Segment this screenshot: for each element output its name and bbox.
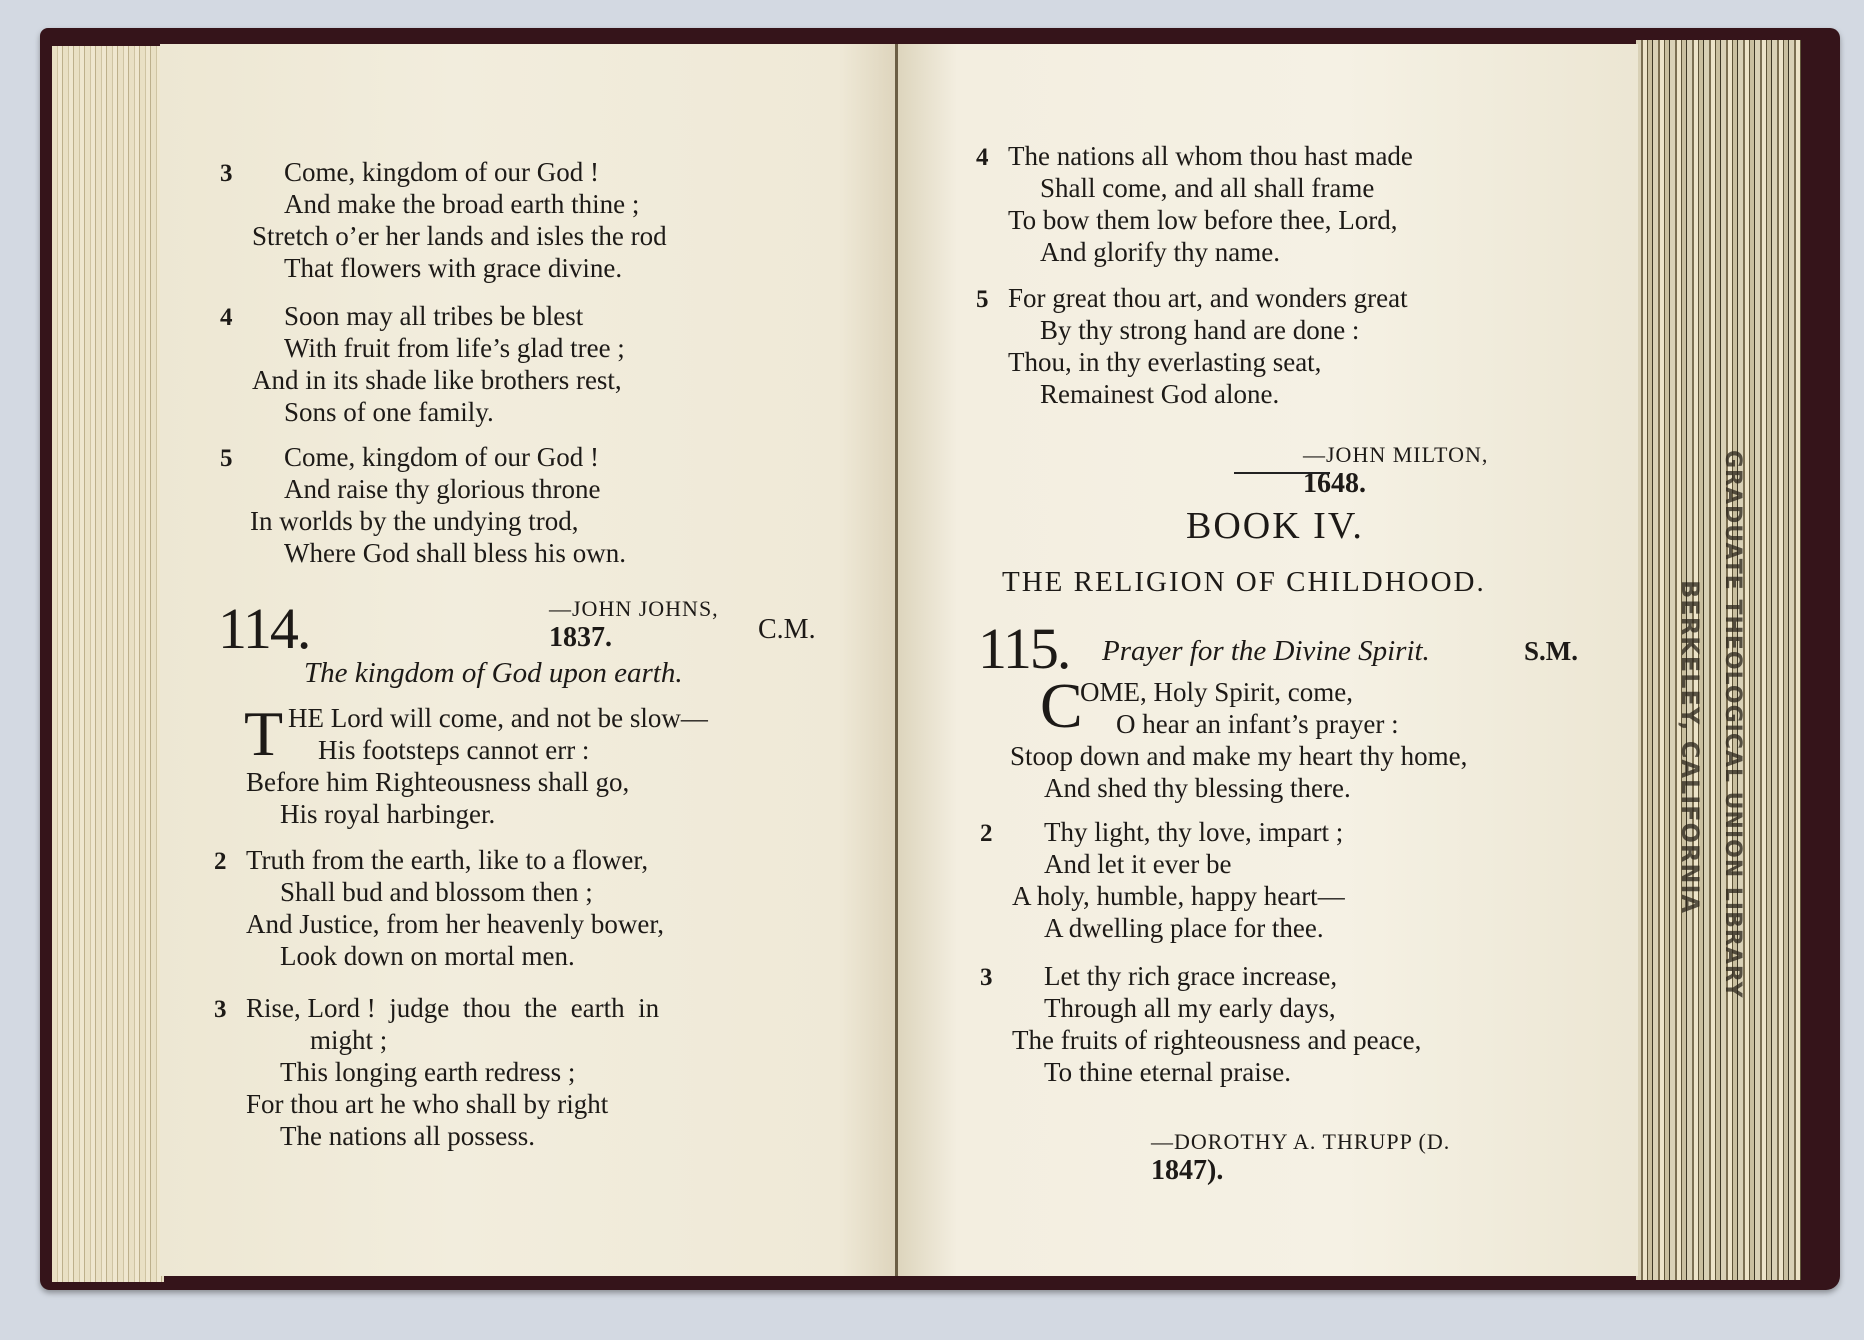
verse-number: 4 bbox=[976, 142, 989, 174]
verse-number: 3 bbox=[220, 158, 233, 190]
verse-line: The fruits of righteousness and peace, bbox=[1012, 1024, 1421, 1056]
right-page-edges bbox=[1636, 40, 1801, 1280]
verse-line: Come, kingdom of our God ! bbox=[284, 441, 599, 473]
verse-line: And glorify thy name. bbox=[1040, 236, 1280, 268]
verse-line: Stoop down and make my heart thy home, bbox=[1010, 740, 1467, 772]
verse-line: Shall come, and all shall frame bbox=[1040, 172, 1374, 204]
verse-line: With fruit from life’s glad tree ; bbox=[284, 332, 625, 364]
library-stamp-line1: GRADUATE THEOLOGICAL UNION LIBRARY bbox=[1720, 450, 1745, 999]
verse-line: To thine eternal praise. bbox=[1044, 1056, 1291, 1088]
author-name: —JOHN JOHNS, bbox=[549, 596, 719, 621]
verse-number: 2 bbox=[980, 818, 993, 850]
hymn-number-114: 114. bbox=[218, 600, 309, 658]
verse-line: HE Lord will come, and not be slow— bbox=[288, 702, 708, 734]
attribution-john-milton: —JOHN MILTON, 1648. bbox=[1290, 416, 1488, 500]
book-heading: BOOK IV. bbox=[1186, 504, 1364, 548]
verse-line: Remainest God alone. bbox=[1040, 378, 1279, 410]
verse-line: Through all my early days, bbox=[1044, 992, 1336, 1024]
library-stamp-line2: BERKELEY, CALIFORNIA bbox=[1676, 580, 1704, 914]
verse-line: Where God shall bless his own. bbox=[284, 537, 626, 569]
verse-line: Look down on mortal men. bbox=[280, 940, 575, 972]
verse-line: His royal harbinger. bbox=[280, 798, 495, 830]
verse-line: His footsteps cannot err : bbox=[318, 734, 589, 766]
verse-line: Rise, Lord ! judge thou the earth in bbox=[246, 992, 659, 1024]
verse-line: O hear an infant’s prayer : bbox=[1116, 708, 1399, 740]
verse-line: And in its shade like brothers rest, bbox=[252, 364, 622, 396]
verse-line: Sons of one family. bbox=[284, 396, 494, 428]
verse-line: For thou art he who shall by right bbox=[246, 1088, 608, 1120]
verse-line: For great thou art, and wonders great bbox=[1008, 282, 1408, 314]
verse-line: By thy strong hand are done : bbox=[1040, 314, 1359, 346]
verse-line: And make the broad earth thine ; bbox=[284, 188, 639, 220]
verse-line: That flowers with grace divine. bbox=[284, 252, 622, 284]
verse-line: Shall bud and blossom then ; bbox=[280, 876, 593, 908]
verse-line: Thou, in thy everlasting seat, bbox=[1008, 346, 1321, 378]
section-divider-rule bbox=[1234, 472, 1330, 474]
verse-number: 3 bbox=[214, 994, 227, 1026]
verse-line: A dwelling place for thee. bbox=[1044, 912, 1324, 944]
hymn-title: Prayer for the Divine Spirit. bbox=[1102, 635, 1430, 668]
verse-line: Let thy rich grace increase, bbox=[1044, 960, 1337, 992]
verse-line: OME, Holy Spirit, come, bbox=[1080, 676, 1353, 708]
verse-line: Truth from the earth, like to a flower, bbox=[246, 844, 648, 876]
drop-cap: T bbox=[244, 704, 283, 764]
verse-line: Soon may all tribes be blest bbox=[284, 300, 583, 332]
verse-line: Come, kingdom of our God ! bbox=[284, 156, 599, 188]
verse-number: 3 bbox=[980, 962, 993, 994]
author-year: 1847). bbox=[1151, 1155, 1223, 1186]
verse-line: A holy, humble, happy heart— bbox=[1012, 880, 1345, 912]
section-heading: THE RELIGION OF CHILDHOOD. bbox=[1002, 566, 1486, 599]
verse-number: 2 bbox=[214, 846, 227, 878]
drop-cap: C bbox=[1040, 676, 1083, 736]
verse-line: And shed thy blessing there. bbox=[1044, 772, 1351, 804]
verse-line: Before him Righteousness shall go, bbox=[246, 766, 629, 798]
verse-line: might ; bbox=[310, 1024, 387, 1056]
attribution-john-johns: —JOHN JOHNS, 1837. bbox=[536, 570, 719, 654]
attribution-dorothy-thrupp: —DOROTHY A. THRUPP (D. 1847). bbox=[1138, 1103, 1450, 1187]
author-name: —DOROTHY A. THRUPP (D. bbox=[1151, 1129, 1450, 1154]
author-year: 1837. bbox=[549, 622, 612, 653]
verse-line: In worlds by the undying trod, bbox=[250, 505, 578, 537]
verse-line: And Justice, from her heavenly bower, bbox=[246, 908, 664, 940]
verse-line: And raise thy glorious throne bbox=[284, 473, 600, 505]
verse-line: Stretch o’er her lands and isles the rod bbox=[252, 220, 667, 252]
verse-line: This longing earth redress ; bbox=[280, 1056, 575, 1088]
verse-line: Thy light, thy love, impart ; bbox=[1044, 816, 1343, 848]
hymn-meter: C.M. bbox=[758, 614, 816, 646]
verse-line: The nations all whom thou hast made bbox=[1008, 140, 1413, 172]
verse-number: 5 bbox=[976, 284, 989, 316]
author-name: —JOHN MILTON, bbox=[1303, 442, 1488, 467]
left-page-edges bbox=[52, 46, 164, 1282]
verse-line: To bow them low before thee, Lord, bbox=[1008, 204, 1398, 236]
verse-number: 5 bbox=[220, 443, 233, 475]
verse-number: 4 bbox=[220, 302, 233, 334]
verse-line: And let it ever be bbox=[1044, 848, 1231, 880]
hymn-title: The kingdom of God upon earth. bbox=[304, 657, 683, 690]
verse-line: The nations all possess. bbox=[280, 1120, 535, 1152]
hymn-meter: S.M. bbox=[1524, 636, 1578, 667]
